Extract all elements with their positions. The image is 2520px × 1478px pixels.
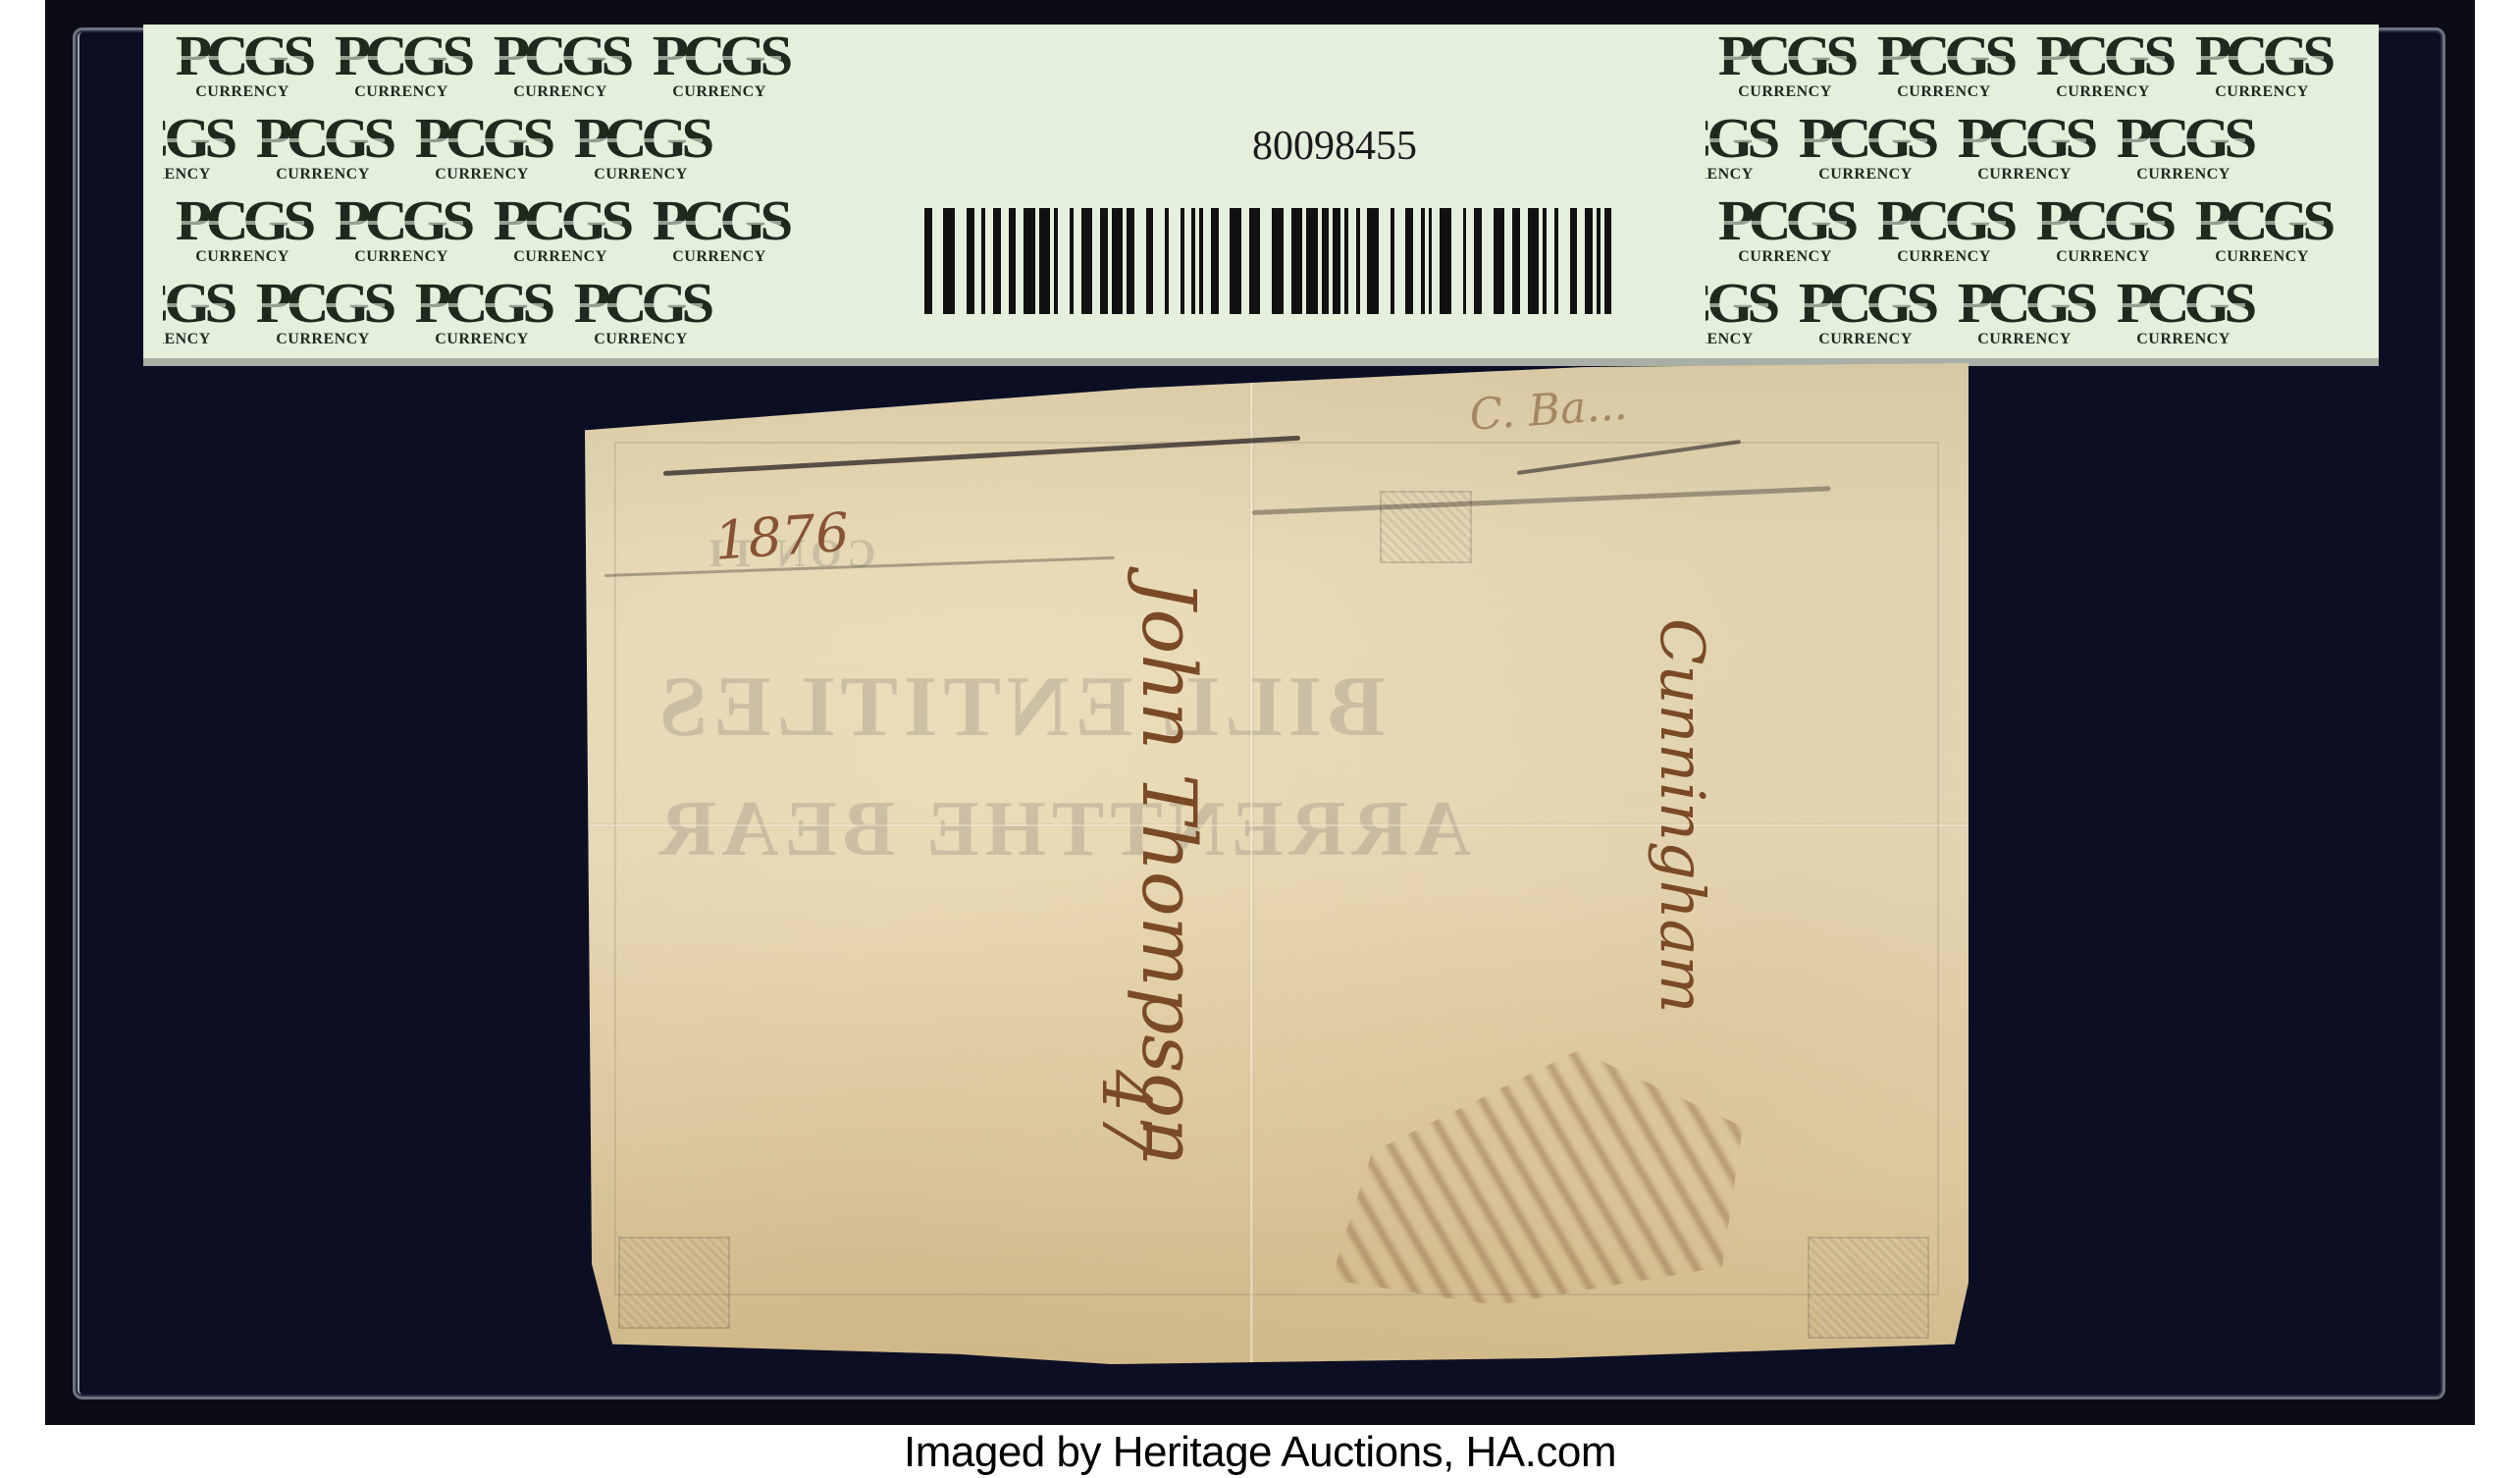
pcgs-logo-mark: PCGS xyxy=(1876,30,2011,81)
showthrough-text: ARRENTTHE BEAR xyxy=(654,785,1471,874)
pcgs-logo-mark: PCGS xyxy=(652,30,786,81)
pcgs-logo-mark: PCGS xyxy=(493,195,627,246)
pcgs-logo: PCGSCURRENCY xyxy=(163,107,243,189)
horizontal-fold xyxy=(585,823,1969,827)
handwritten-corner-mark: 1876 xyxy=(712,501,851,571)
pcgs-logo-pattern-left: PCGSCURRENCYPCGSCURRENCYPCGSCURRENCYPCGS… xyxy=(163,25,801,358)
pcgs-logo-mark: PCGS xyxy=(334,30,468,81)
pcgs-logo-mark: PCGS xyxy=(1706,113,1774,164)
image-credit: Imaged by Heritage Auctions, HA.com xyxy=(0,1428,2520,1477)
pcgs-logo: PCGSCURRENCY xyxy=(1706,272,1786,354)
pcgs-logo: PCGSCURRENCY xyxy=(1706,189,1864,272)
pcgs-logo: PCGSCURRENCY xyxy=(1945,107,2104,189)
pcgs-logo: PCGSCURRENCY xyxy=(322,189,481,272)
pcgs-logo: PCGSCURRENCY xyxy=(1706,25,1864,107)
pcgs-logo-mark: PCGS xyxy=(1876,195,2011,246)
pcgs-logo: PCGSCURRENCY xyxy=(2023,25,2182,107)
pcgs-logo: PCGSCURRENCY xyxy=(640,189,799,272)
pcgs-logo: PCGSCURRENCY xyxy=(163,25,322,107)
pcgs-logo-mark: PCGS xyxy=(2194,195,2329,246)
pcgs-logo: PCGSCURRENCY xyxy=(1706,107,1786,189)
pcgs-logo: PCGSCURRENCY xyxy=(1945,272,2104,354)
pcgs-logo: PCGSCURRENCY xyxy=(2182,189,2341,272)
pcgs-logo: PCGSCURRENCY xyxy=(1864,189,2023,272)
pcgs-logo-mark: PCGS xyxy=(1957,278,2091,329)
handwritten-number: 47 xyxy=(1086,1070,1164,1155)
pcgs-logo-mark: PCGS xyxy=(652,195,786,246)
pcgs-logo-mark: PCGS xyxy=(1706,278,1774,329)
pcgs-logo-mark: PCGS xyxy=(2194,30,2329,81)
pcgs-label: PCGSCURRENCYPCGSCURRENCYPCGSCURRENCYPCGS… xyxy=(143,25,2379,366)
pcgs-logo-mark: PCGS xyxy=(175,195,309,246)
pcgs-logo-mark: PCGS xyxy=(163,113,232,164)
handwritten-top-signature: C. Ba... xyxy=(1468,380,1629,441)
pcgs-logo-mark: PCGS xyxy=(2116,278,2250,329)
pcgs-logo-mark: PCGS xyxy=(1717,195,1852,246)
pcgs-logo: PCGSCURRENCY xyxy=(1786,272,1945,354)
pcgs-logo: PCGSCURRENCY xyxy=(1864,25,2023,107)
pcgs-logo-mark: PCGS xyxy=(573,278,708,329)
pcgs-logo-mark: PCGS xyxy=(2035,30,2170,81)
pcgs-logo-mark: PCGS xyxy=(334,195,468,246)
pcgs-logo: PCGSCURRENCY xyxy=(243,272,402,354)
pcgs-logo-mark: PCGS xyxy=(1717,30,1852,81)
pcgs-logo-mark: PCGS xyxy=(255,113,390,164)
pcgs-logo: PCGSCURRENCY xyxy=(163,189,322,272)
pcgs-logo: PCGSCURRENCY xyxy=(402,272,561,354)
pcgs-logo: PCGSCURRENCY xyxy=(2104,107,2263,189)
pcgs-logo: PCGSCURRENCY xyxy=(640,25,799,107)
pcgs-logo: PCGSCURRENCY xyxy=(2023,189,2182,272)
barcode xyxy=(924,208,1616,314)
pcgs-logo-mark: PCGS xyxy=(493,30,627,81)
pcgs-logo: PCGSCURRENCY xyxy=(561,272,720,354)
pcgs-logo-mark: PCGS xyxy=(163,278,232,329)
showthrough-ornament xyxy=(618,1237,730,1329)
pcgs-logo: PCGSCURRENCY xyxy=(243,107,402,189)
pcgs-logo: PCGSCURRENCY xyxy=(481,25,640,107)
banknote-back: CON TI BILL ENTITLES ARRENTTHE BEAR C. B… xyxy=(585,363,1969,1364)
pcgs-logo: PCGSCURRENCY xyxy=(322,25,481,107)
pcgs-logo: PCGSCURRENCY xyxy=(163,272,243,354)
pcgs-logo-mark: PCGS xyxy=(175,30,309,81)
pcgs-logo-mark: PCGS xyxy=(573,113,708,164)
certification-number: 80098455 xyxy=(1252,123,1645,170)
pcgs-logo: PCGSCURRENCY xyxy=(2104,272,2263,354)
pcgs-logo: PCGSCURRENCY xyxy=(2182,25,2341,107)
pcgs-logo: PCGSCURRENCY xyxy=(402,107,561,189)
pcgs-logo-mark: PCGS xyxy=(1798,278,1932,329)
pcgs-logo-mark: PCGS xyxy=(1957,113,2091,164)
pcgs-logo: PCGSCURRENCY xyxy=(561,107,720,189)
pcgs-logo-mark: PCGS xyxy=(414,113,549,164)
pcgs-logo-pattern-right: PCGSCURRENCYPCGSCURRENCYPCGSCURRENCYPCGS… xyxy=(1706,25,2353,358)
pcgs-logo: PCGSCURRENCY xyxy=(481,189,640,272)
showthrough-text: BILL ENTITLES xyxy=(654,658,1386,757)
handwritten-signature-right: Cunningham xyxy=(1647,618,1718,1013)
pcgs-logo-mark: PCGS xyxy=(2035,195,2170,246)
pcgs-logo: PCGSCURRENCY xyxy=(1786,107,1945,189)
showthrough-ornament xyxy=(1808,1237,1929,1339)
pcgs-logo-mark: PCGS xyxy=(2116,113,2250,164)
pcgs-logo-mark: PCGS xyxy=(1798,113,1932,164)
pcgs-logo-mark: PCGS xyxy=(414,278,549,329)
pcgs-logo-mark: PCGS xyxy=(255,278,390,329)
